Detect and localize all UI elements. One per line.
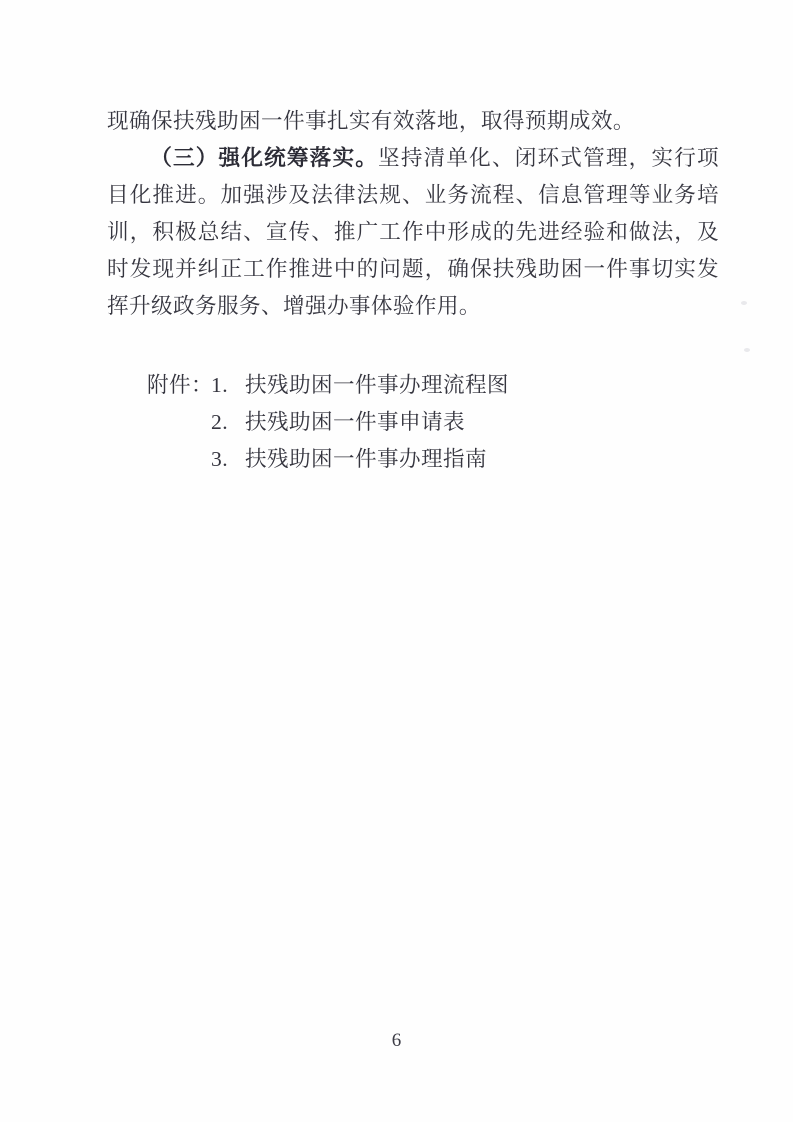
attachment-title: 扶残助困一件事办理指南 bbox=[245, 441, 719, 478]
attachment-number: 3. bbox=[211, 441, 245, 478]
attachment-number: 2. bbox=[211, 404, 245, 441]
attachments-label: 附件： bbox=[107, 367, 211, 404]
paragraph-continuation: 现确保扶残助困一件事扎实有效落地，取得预期成效。 bbox=[107, 103, 719, 140]
attachment-item: 附件： 1. 扶残助困一件事办理流程图 bbox=[107, 367, 719, 404]
page-number: 6 bbox=[0, 1026, 793, 1056]
document-page: 现确保扶残助困一件事扎实有效落地，取得预期成效。 （三）强化统筹落实。坚持清单化… bbox=[0, 0, 793, 1122]
attachment-item: 3. 扶残助困一件事办理指南 bbox=[107, 441, 719, 478]
scan-artifact-speck bbox=[741, 301, 747, 305]
attachment-title: 扶残助困一件事申请表 bbox=[245, 404, 719, 441]
attachment-item: 2. 扶残助困一件事申请表 bbox=[107, 404, 719, 441]
document-body: 现确保扶残助困一件事扎实有效落地，取得预期成效。 （三）强化统筹落实。坚持清单化… bbox=[107, 103, 719, 478]
section-paragraph: （三）强化统筹落实。坚持清单化、闭环式管理，实行项目化推进。加强涉及法律法规、业… bbox=[107, 140, 719, 325]
section-heading: （三）强化统筹落实。 bbox=[150, 146, 378, 170]
attachment-title: 扶残助困一件事办理流程图 bbox=[245, 367, 719, 404]
attachments-block: 附件： 1. 扶残助困一件事办理流程图 2. 扶残助困一件事申请表 3. 扶残助… bbox=[107, 367, 719, 478]
attachment-number: 1. bbox=[211, 367, 245, 404]
section-text: 坚持清单化、闭环式管理，实行项目化推进。加强涉及法律法规、业务流程、信息管理等业… bbox=[107, 146, 719, 318]
scan-artifact-speck bbox=[744, 348, 750, 352]
